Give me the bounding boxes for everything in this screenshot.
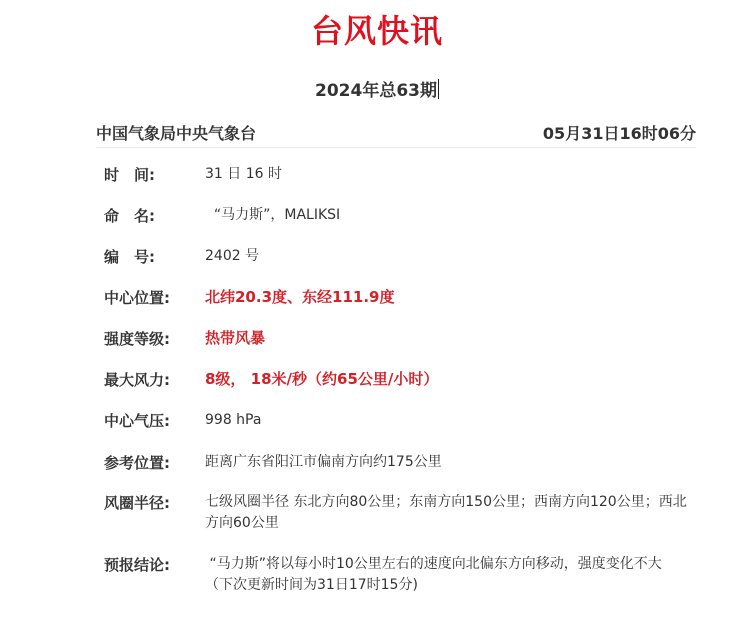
field-label: 命 名: [104, 205, 155, 226]
field-label: 风圈半径: [104, 492, 170, 513]
field-label: 编 号: [104, 246, 155, 267]
field-label: 时 间: [104, 164, 155, 185]
field-label: 中心位置: [104, 287, 170, 308]
field-label: 最大风力: [104, 369, 170, 390]
field-value: “马力斯”，MALIKSI [205, 205, 695, 226]
field-value: 七级风圈半径 东北方向80公里；东南方向150公里；西南方向120公里；西北方向… [205, 492, 695, 534]
field-label: 中心气压: [104, 410, 170, 431]
next-update-note: （下次更新时间为31日17时15分) [205, 577, 418, 593]
field-value: 热带风暴 [205, 328, 695, 349]
field-label: 参考位置: [104, 452, 170, 473]
field-label: 预报结论: [104, 554, 170, 575]
page-title: 台风快讯 [0, 6, 754, 52]
issue-number: 2024年总63期 [0, 76, 754, 101]
field-value: 31 日 16 时 [205, 164, 695, 185]
field-value: 2402 号 [205, 246, 695, 267]
field-value: 距离广东省阳江市偏南方向约175公里 [205, 452, 695, 473]
text-cursor [438, 79, 439, 99]
issuer: 中国气象局中央气象台 [96, 121, 256, 144]
field-value: “马力斯”将以每小时10公里左右的速度向北偏东方向移动，强度变化不大 （下次更新… [205, 554, 695, 596]
field-value: 998 hPa [205, 410, 695, 431]
field-value: 8级， 18米/秒（约65公里/小时） [205, 369, 695, 390]
field-value: 北纬20.3度、东经111.9度 [205, 287, 695, 308]
issue-time: 05月31日16时06分 [543, 121, 696, 144]
field-label: 强度等级: [104, 328, 170, 349]
bulletin-header: 中国气象局中央气象台 05月31日16时06分 [96, 121, 696, 148]
